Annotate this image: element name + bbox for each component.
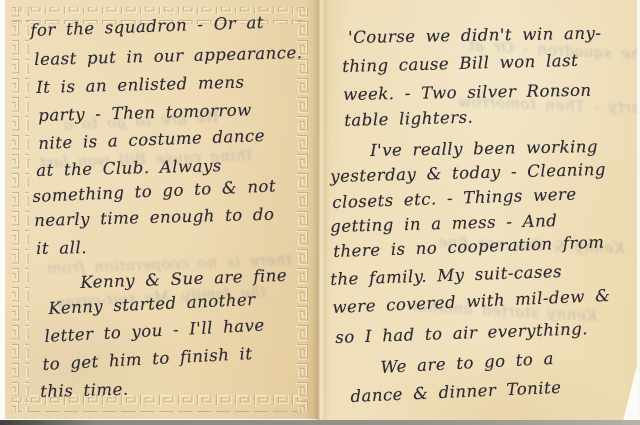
letter-line: it all. bbox=[36, 237, 87, 260]
letter-line: so I had to air everything. bbox=[335, 318, 588, 349]
letter-line: closets etc. - Things were bbox=[332, 183, 577, 214]
letter-scan: We are to go to a thing cause Bill won l… bbox=[0, 0, 640, 425]
letter-line: dance & dinner Tonite bbox=[350, 377, 562, 408]
letter-line: We are to go to a bbox=[380, 348, 554, 379]
letter-page-left: We are to go to a thing cause Bill won l… bbox=[5, 0, 318, 419]
letter-line: this time. bbox=[40, 379, 129, 403]
page-fold-shadow bbox=[306, 0, 330, 423]
letter-line: week. - Two silver Ronson bbox=[343, 80, 592, 106]
letter-line: I've really been working bbox=[370, 136, 598, 162]
letter-line: thing cause Bill won last bbox=[342, 50, 578, 78]
letter-line: the family. My suit-cases bbox=[330, 261, 562, 291]
letter-line: table lighters. bbox=[344, 107, 474, 132]
letter-page-right: for the squadron - Or at party - Then to… bbox=[318, 0, 637, 421]
letter-line: 'Course we didn't win any- bbox=[348, 23, 602, 49]
scan-edge-left bbox=[0, 0, 5, 425]
scan-edge-bottom bbox=[0, 420, 640, 425]
